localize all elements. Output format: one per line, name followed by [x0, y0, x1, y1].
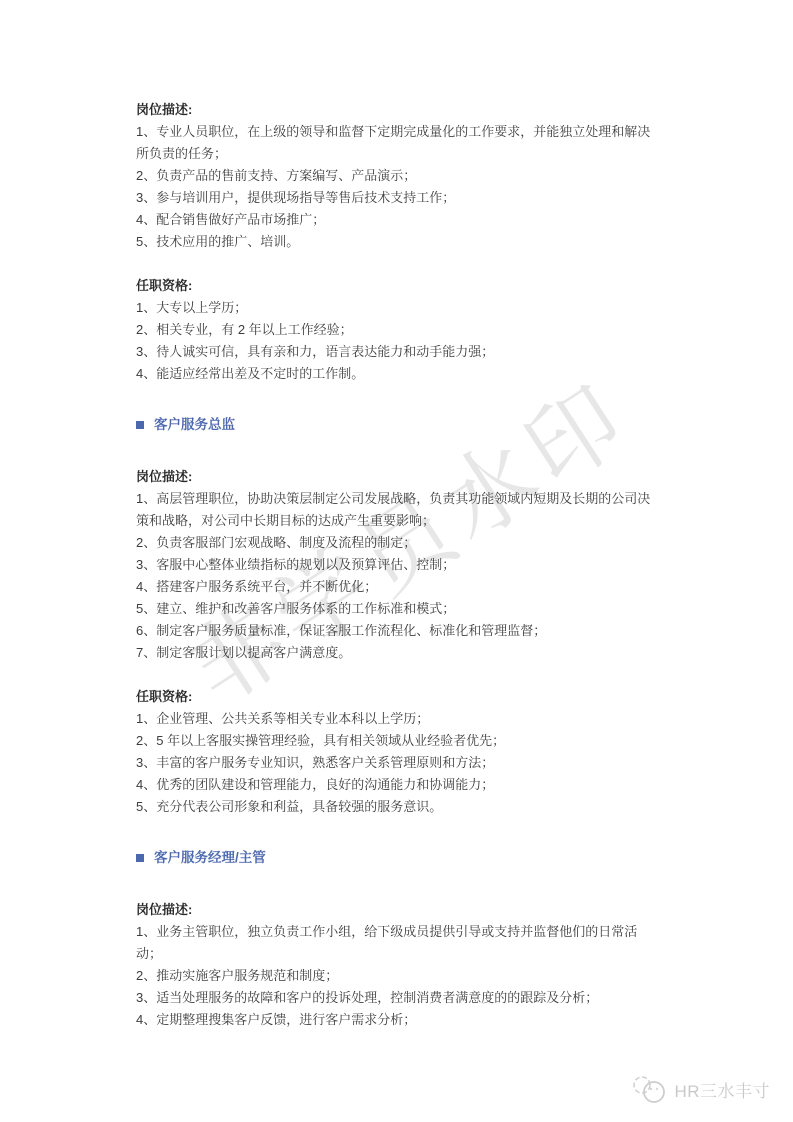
job-item: 5、充分代表公司形象和利益，具备较强的服务意识。	[136, 796, 663, 818]
job-item: 4、优秀的团队建设和管理能力，良好的沟通能力和协调能力；	[136, 774, 663, 796]
job-section-header: 客户服务总监	[136, 414, 663, 436]
job-block: 岗位描述:1、高层管理职位，协助决策层制定公司发展战略，负责其功能领域内短期及长…	[136, 466, 663, 664]
job-item: 4、搭建客户服务系统平台，并不断优化；	[136, 576, 663, 598]
square-bullet-icon	[136, 854, 144, 862]
job-item: 1、业务主管职位，独立负责工作小组，给下级成员提供引导或支持并监督他们的日常活动…	[136, 921, 663, 965]
job-item: 7、制定客服计划以提高客户满意度。	[136, 642, 663, 664]
square-bullet-icon	[136, 421, 144, 429]
job-block-heading: 任职资格:	[136, 686, 663, 708]
job-block: 任职资格:1、企业管理、公共关系等相关专业本科以上学历；2、5 年以上客服实操管…	[136, 686, 663, 818]
job-item: 1、大专以上学历；	[136, 297, 663, 319]
job-item: 3、客服中心整体业绩指标的规划以及预算评估、控制；	[136, 554, 663, 576]
job-item: 2、负责产品的售前支持、方案编写、产品演示；	[136, 165, 663, 187]
job-section-header: 客户服务经理/主管	[136, 847, 663, 869]
job-item: 3、参与培训用户，提供现场指导等售后技术支持工作；	[136, 187, 663, 209]
job-section-title: 客户服务总监	[154, 414, 235, 436]
job-item: 2、5 年以上客服实操管理经验，具有相关领域从业经验者优先；	[136, 730, 663, 752]
job-item: 2、相关专业，有 2 年以上工作经验；	[136, 319, 663, 341]
footer-brand: HR三水丰寸	[631, 1074, 770, 1104]
job-item: 4、定期整理搜集客户反馈，进行客户需求分析；	[136, 1009, 663, 1031]
job-block: 岗位描述:1、专业人员职位，在上级的领导和监督下定期完成量化的工作要求，并能独立…	[136, 99, 663, 253]
job-item: 1、企业管理、公共关系等相关专业本科以上学历；	[136, 708, 663, 730]
job-item: 2、负责客服部门宏观战略、制度及流程的制定；	[136, 532, 663, 554]
job-item: 4、配合销售做好产品市场推广；	[136, 209, 663, 231]
chat-bubbles-icon	[631, 1074, 667, 1104]
job-item: 3、丰富的客户服务专业知识，熟悉客户关系管理原则和方法；	[136, 752, 663, 774]
job-block-heading: 任职资格:	[136, 275, 663, 297]
job-item: 1、专业人员职位，在上级的领导和监督下定期完成量化的工作要求，并能独立处理和解决…	[136, 121, 663, 165]
job-item: 5、技术应用的推广、培训。	[136, 231, 663, 253]
job-block: 任职资格:1、大专以上学历；2、相关专业，有 2 年以上工作经验；3、待人诚实可…	[136, 275, 663, 385]
job-item: 1、高层管理职位，协助决策层制定公司发展战略，负责其功能领域内短期及长期的公司决…	[136, 488, 663, 532]
document-content: 岗位描述:1、专业人员职位，在上级的领导和监督下定期完成量化的工作要求，并能独立…	[136, 99, 663, 1031]
job-block-heading: 岗位描述:	[136, 99, 663, 121]
job-item: 3、适当处理服务的故障和客户的投诉处理，控制消费者满意度的的跟踪及分析；	[136, 987, 663, 1009]
job-section-title: 客户服务经理/主管	[154, 847, 266, 869]
footer-brand-label: HR三水丰寸	[674, 1077, 770, 1102]
job-item: 5、建立、维护和改善客户服务体系的工作标准和模式；	[136, 598, 663, 620]
job-block-heading: 岗位描述:	[136, 899, 663, 921]
job-block: 岗位描述:1、业务主管职位，独立负责工作小组，给下级成员提供引导或支持并监督他们…	[136, 899, 663, 1031]
job-item: 4、能适应经常出差及不定时的工作制。	[136, 363, 663, 385]
job-block-heading: 岗位描述:	[136, 466, 663, 488]
job-item: 3、待人诚实可信，具有亲和力，语言表达能力和动手能力强；	[136, 341, 663, 363]
job-item: 2、推动实施客户服务规范和制度；	[136, 965, 663, 987]
job-item: 6、制定客户服务质量标准，保证客服工作流程化、标准化和管理监督；	[136, 620, 663, 642]
